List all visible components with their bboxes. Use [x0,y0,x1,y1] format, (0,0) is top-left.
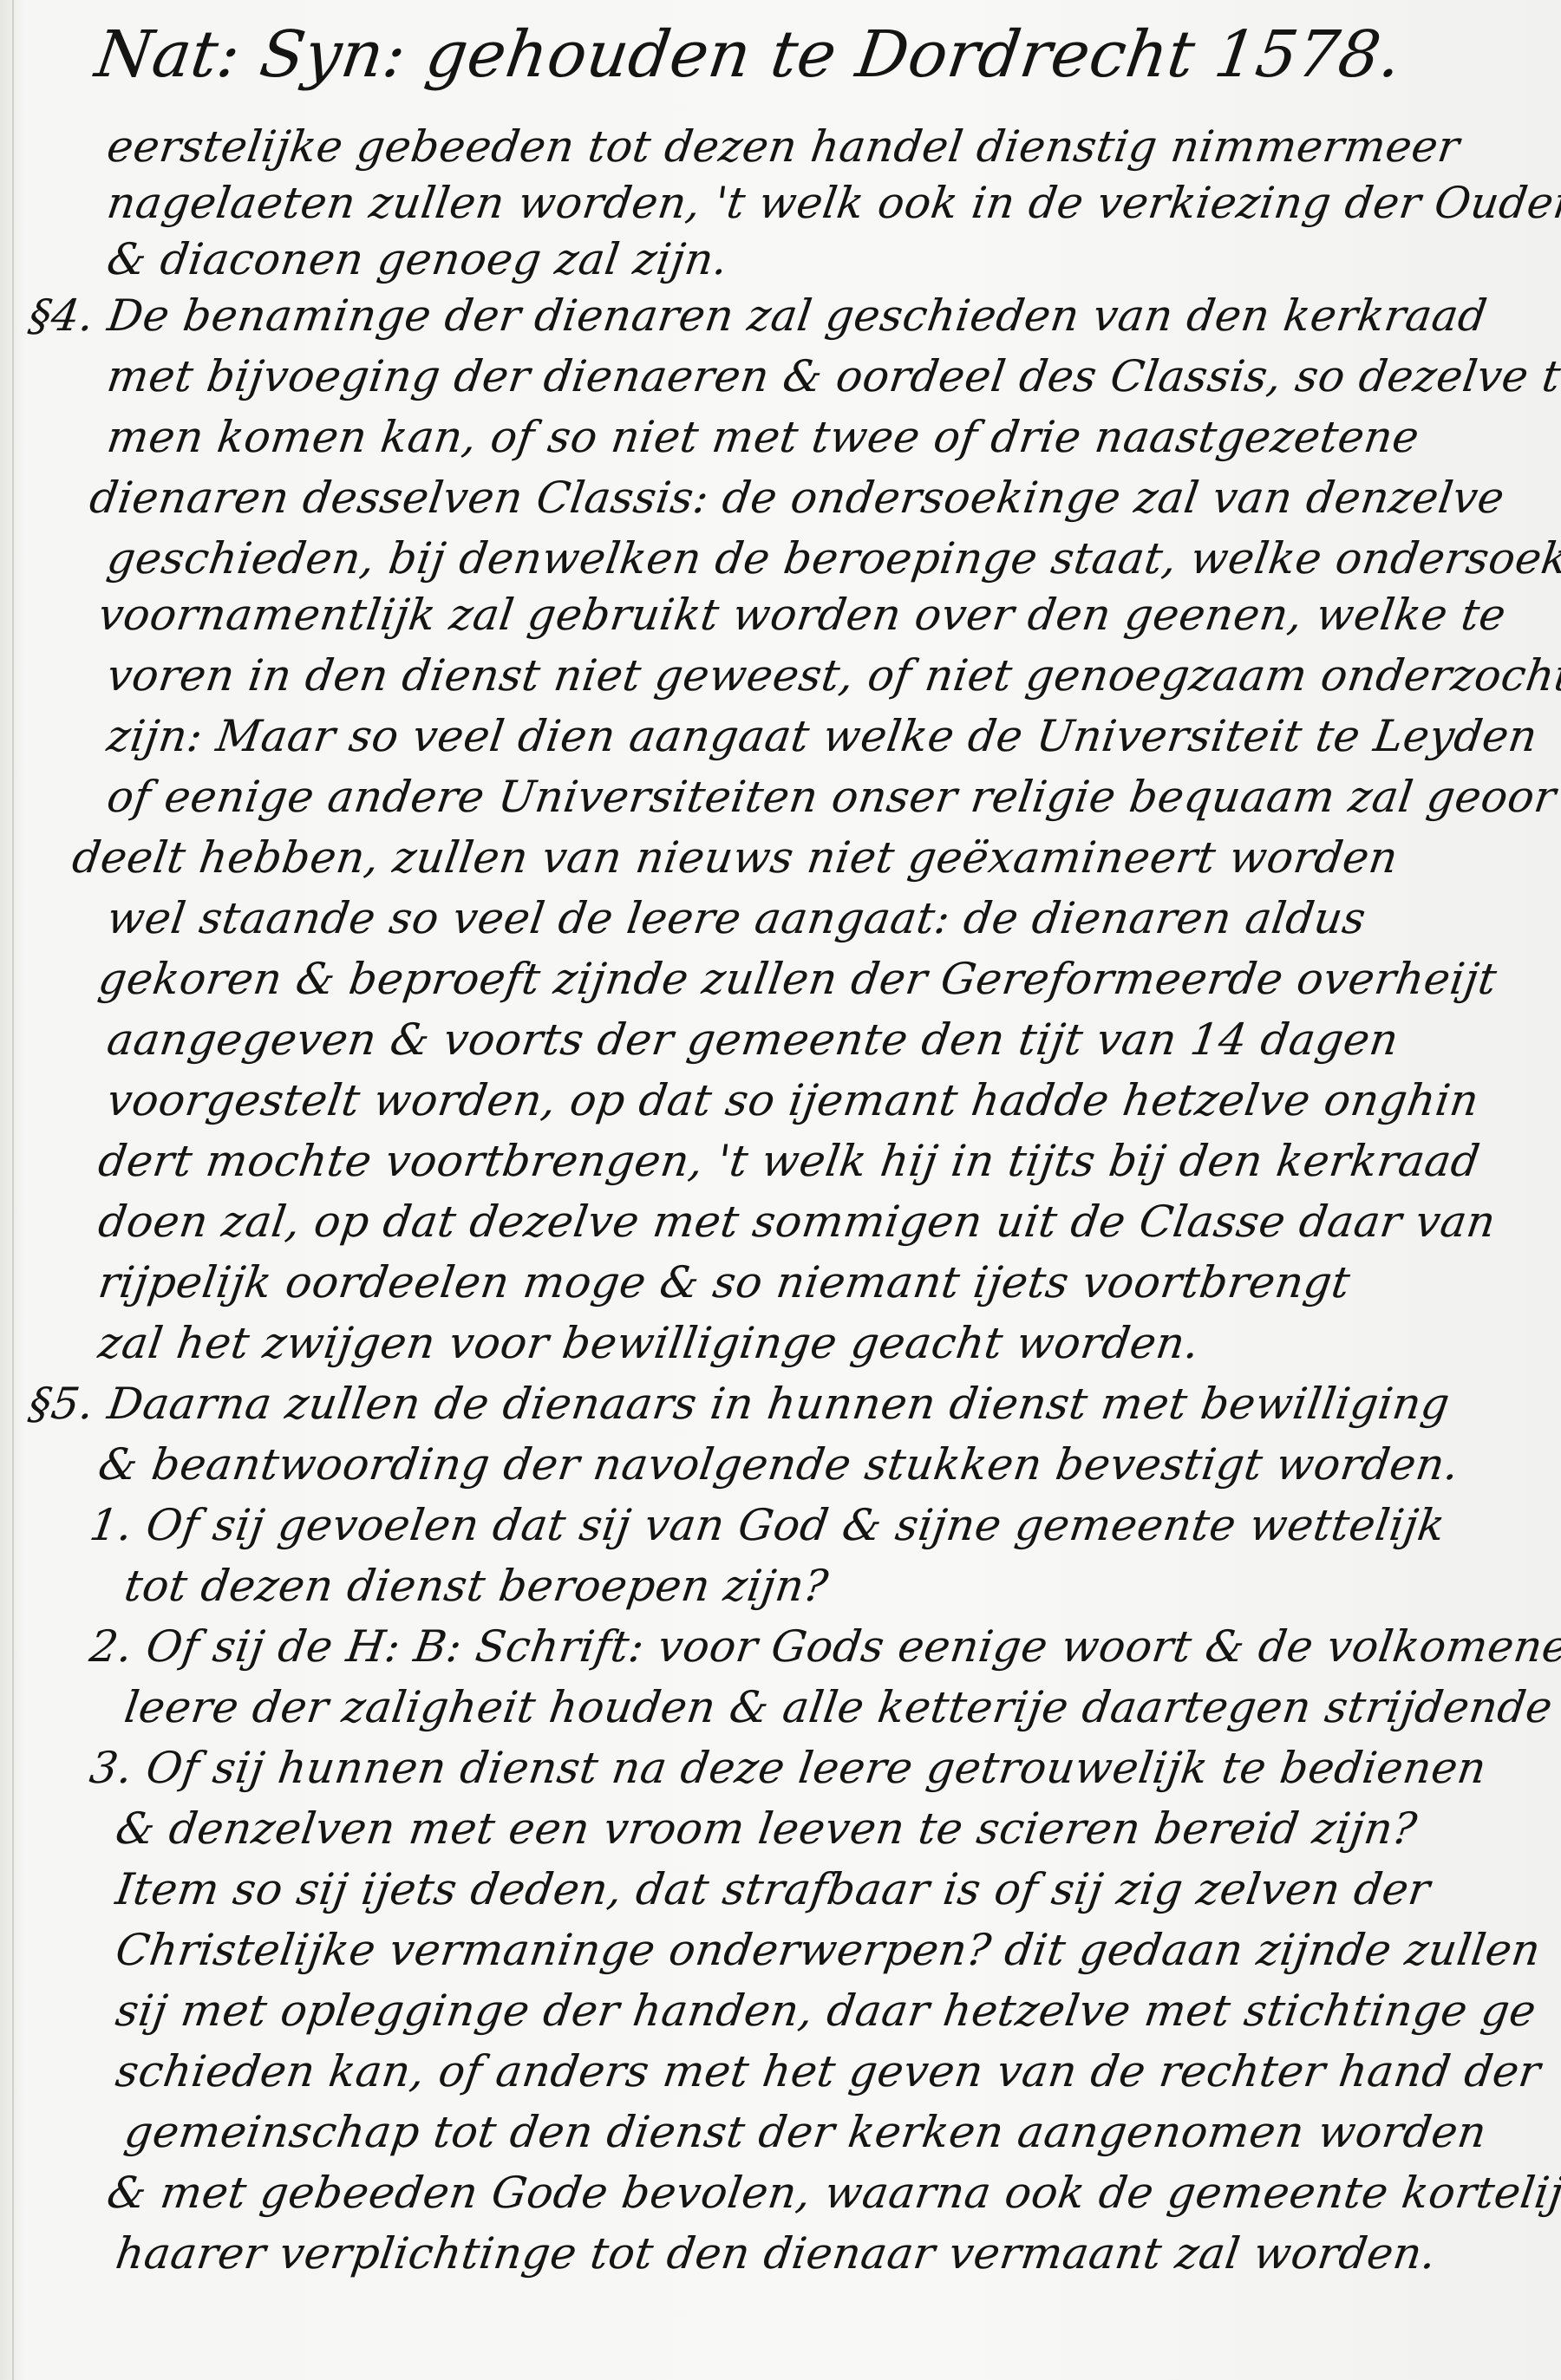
manuscript-line: & diaconen genoeg zal zijn. [104,234,1561,284]
manuscript-line: & beantwoording der navolgende stukken b… [95,1439,1561,1490]
manuscript-line: gemeinschap tot den dienst der kerken aa… [121,2107,1561,2157]
manuscript-line: gekoren & beproeft zijnde zullen der Ger… [95,954,1561,1004]
manuscript-line: doen zal, op dat dezelve met sommigen ui… [95,1197,1561,1247]
manuscript-line: §5. Daarna zullen de dienaars in hunnen … [26,1379,1561,1429]
manuscript-line: dienaren desselven Classis: de ondersoek… [87,473,1561,523]
manuscript-line: §4. De benaminge der dienaren zal geschi… [26,290,1561,341]
manuscript-line: voorgestelt worden, op dat so ijemant ha… [104,1075,1561,1125]
page-title: Nat: Syn: gehouden te Dordrecht 1578. [91,17,1561,92]
manuscript-line: 1. Of sij gevoelen dat sij van God & sij… [87,1500,1561,1550]
manuscript-line: nagelaeten zullen worden, 't welk ook in… [104,178,1561,228]
manuscript-line: voren in den dienst niet geweest, of nie… [104,650,1561,701]
manuscript-line: dert mochte voortbrengen, 't welk hij in… [95,1136,1561,1186]
manuscript-line: geschieden, bij denwelken de beroepinge … [104,533,1561,584]
manuscript-line: leere der zaligheit houden & alle ketter… [121,1682,1561,1732]
manuscript-line: met bijvoeging der dienaeren & oordeel d… [104,351,1561,401]
manuscript-line: zijn: Maar so veel dien aangaat welke de… [104,711,1561,761]
manuscript-line: of eenige andere Universiteiten onser re… [104,772,1561,822]
manuscript-line: & met gebeeden Gode bevolen, waarna ook … [104,2168,1561,2218]
manuscript-line: sij met oplegginge der handen, daar hetz… [113,1986,1561,2036]
manuscript-line: zal het zwijgen voor bewilliginge geacht… [95,1318,1561,1368]
manuscript-line: wel staande so veel de leere aangaat: de… [104,893,1561,943]
manuscript-line: rijpelijk oordeelen moge & so niemant ij… [95,1257,1561,1307]
manuscript-line: aangegeven & voorts der gemeente den tij… [104,1014,1561,1065]
manuscript-line: eerstelijke gebeeden tot dezen handel di… [104,121,1561,172]
manuscript-line: haarer verplichtinge tot den dienaar ver… [113,2228,1561,2279]
manuscript-line: schieden kan, of anders met het geven va… [113,2046,1561,2096]
manuscript-page: Nat: Syn: gehouden te Dordrecht 1578. ee… [0,0,1561,2380]
manuscript-line: 2. Of sij de H: B: Schrift: voor Gods ee… [87,1621,1561,1672]
manuscript-line: Christelijke vermaninge onderwerpen? dit… [113,1925,1561,1975]
manuscript-line: tot dezen dienst beroepen zijn? [121,1561,1561,1611]
manuscript-line: deelt hebben, zullen van nieuws niet geë… [69,832,1561,883]
manuscript-line: voornamentlijk zal gebruikt worden over … [95,590,1561,640]
manuscript-line: & denzelven met een vroom leeven te scie… [113,1803,1561,1854]
manuscript-line: men komen kan, of so niet met twee of dr… [104,412,1561,462]
manuscript-line: Item so sij ijets deden, dat strafbaar i… [113,1864,1561,1914]
manuscript-line: 3. Of sij hunnen dienst na deze leere ge… [87,1743,1561,1793]
